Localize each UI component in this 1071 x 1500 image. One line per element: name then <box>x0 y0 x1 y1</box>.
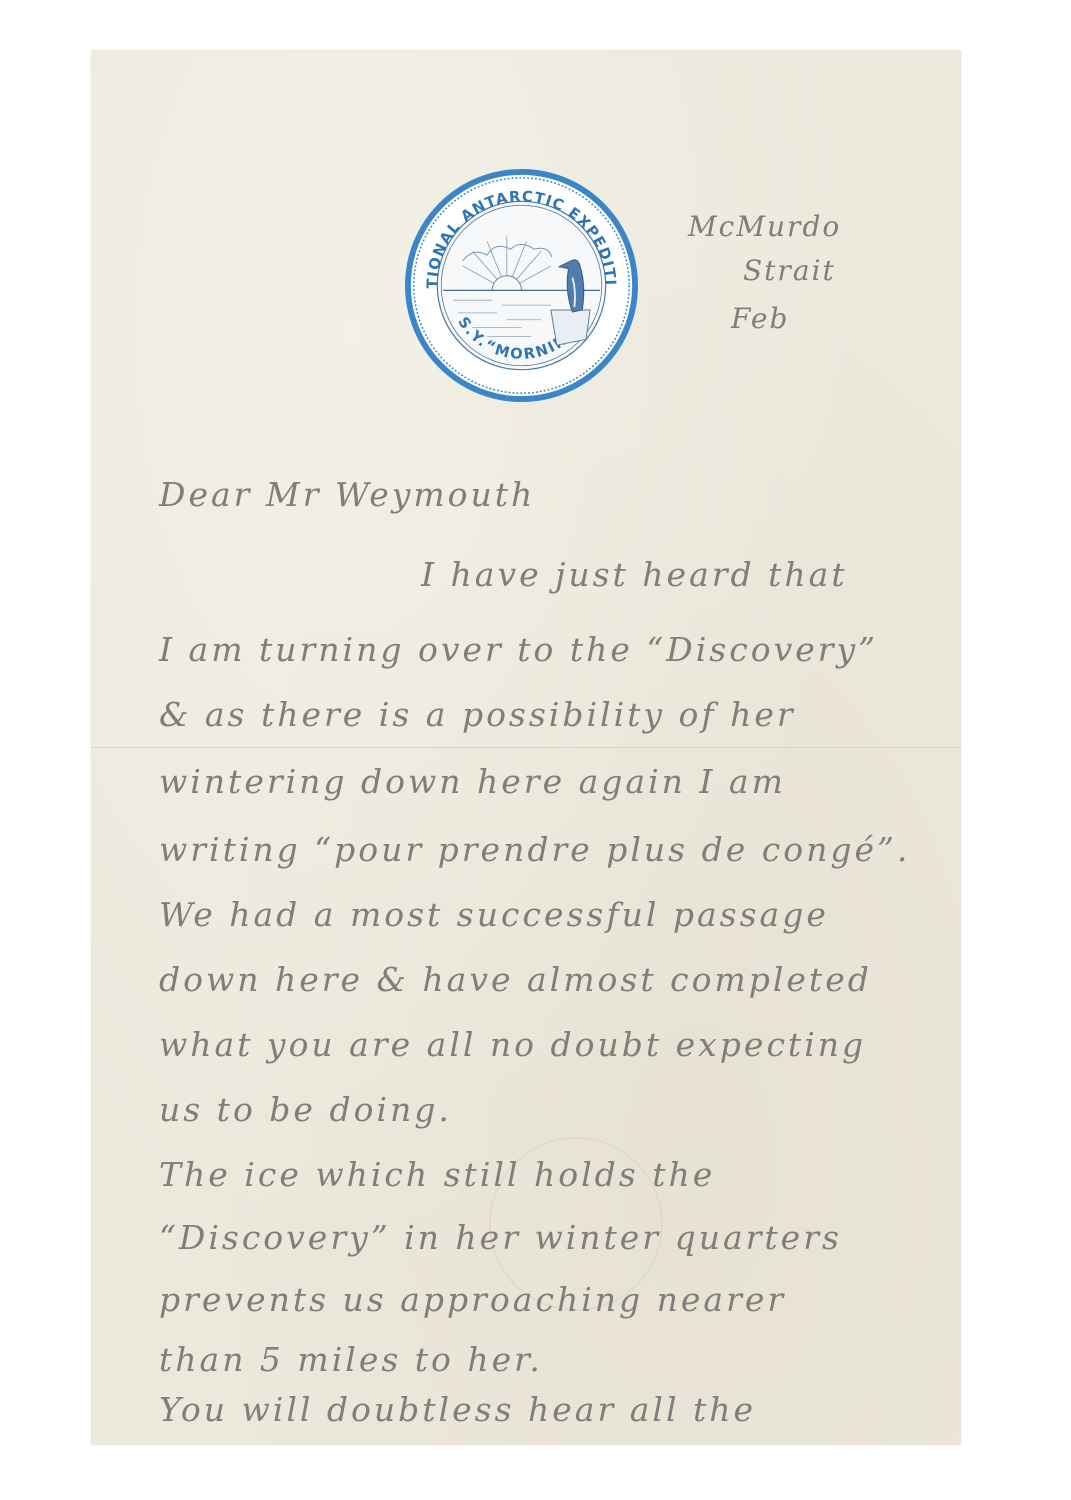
letter-line: writing “pour prendre plus de congé”. <box>159 830 910 869</box>
letter-line: & as there is a possibility of her <box>159 695 796 734</box>
letter-line: I have just heard that <box>421 555 848 594</box>
letter-line: prevents us approaching nearer <box>159 1280 786 1319</box>
letter-line: down here & have almost completed <box>159 960 872 999</box>
fold-line <box>91 747 961 749</box>
letter-page: NATIONAL ANTARCTIC EXPEDITION S.Y.“MORNI… <box>91 50 961 1445</box>
letter-line: I am turning over to the “Discovery” <box>159 630 878 669</box>
letter-line: You will doubtless hear all the <box>159 1390 756 1429</box>
address-line-1: McMurdo <box>688 210 841 243</box>
letter-line: us to be doing. <box>159 1090 452 1129</box>
expedition-seal-icon: NATIONAL ANTARCTIC EXPEDITION S.Y.“MORNI… <box>404 168 639 403</box>
letter-line: than 5 miles to her. <box>159 1340 543 1379</box>
salutation: Dear Mr Weymouth <box>159 475 535 514</box>
letter-line: The ice which still holds the <box>159 1155 715 1194</box>
letter-line: what you are all no doubt expecting <box>159 1025 866 1064</box>
letter-date: Feb <box>731 302 789 335</box>
letter-line: We had a most successful passage <box>159 895 829 934</box>
letter-line: “Discovery” in her winter quarters <box>159 1218 842 1257</box>
address-line-2: Strait <box>743 254 836 287</box>
letter-line: wintering down here again I am <box>159 762 786 801</box>
